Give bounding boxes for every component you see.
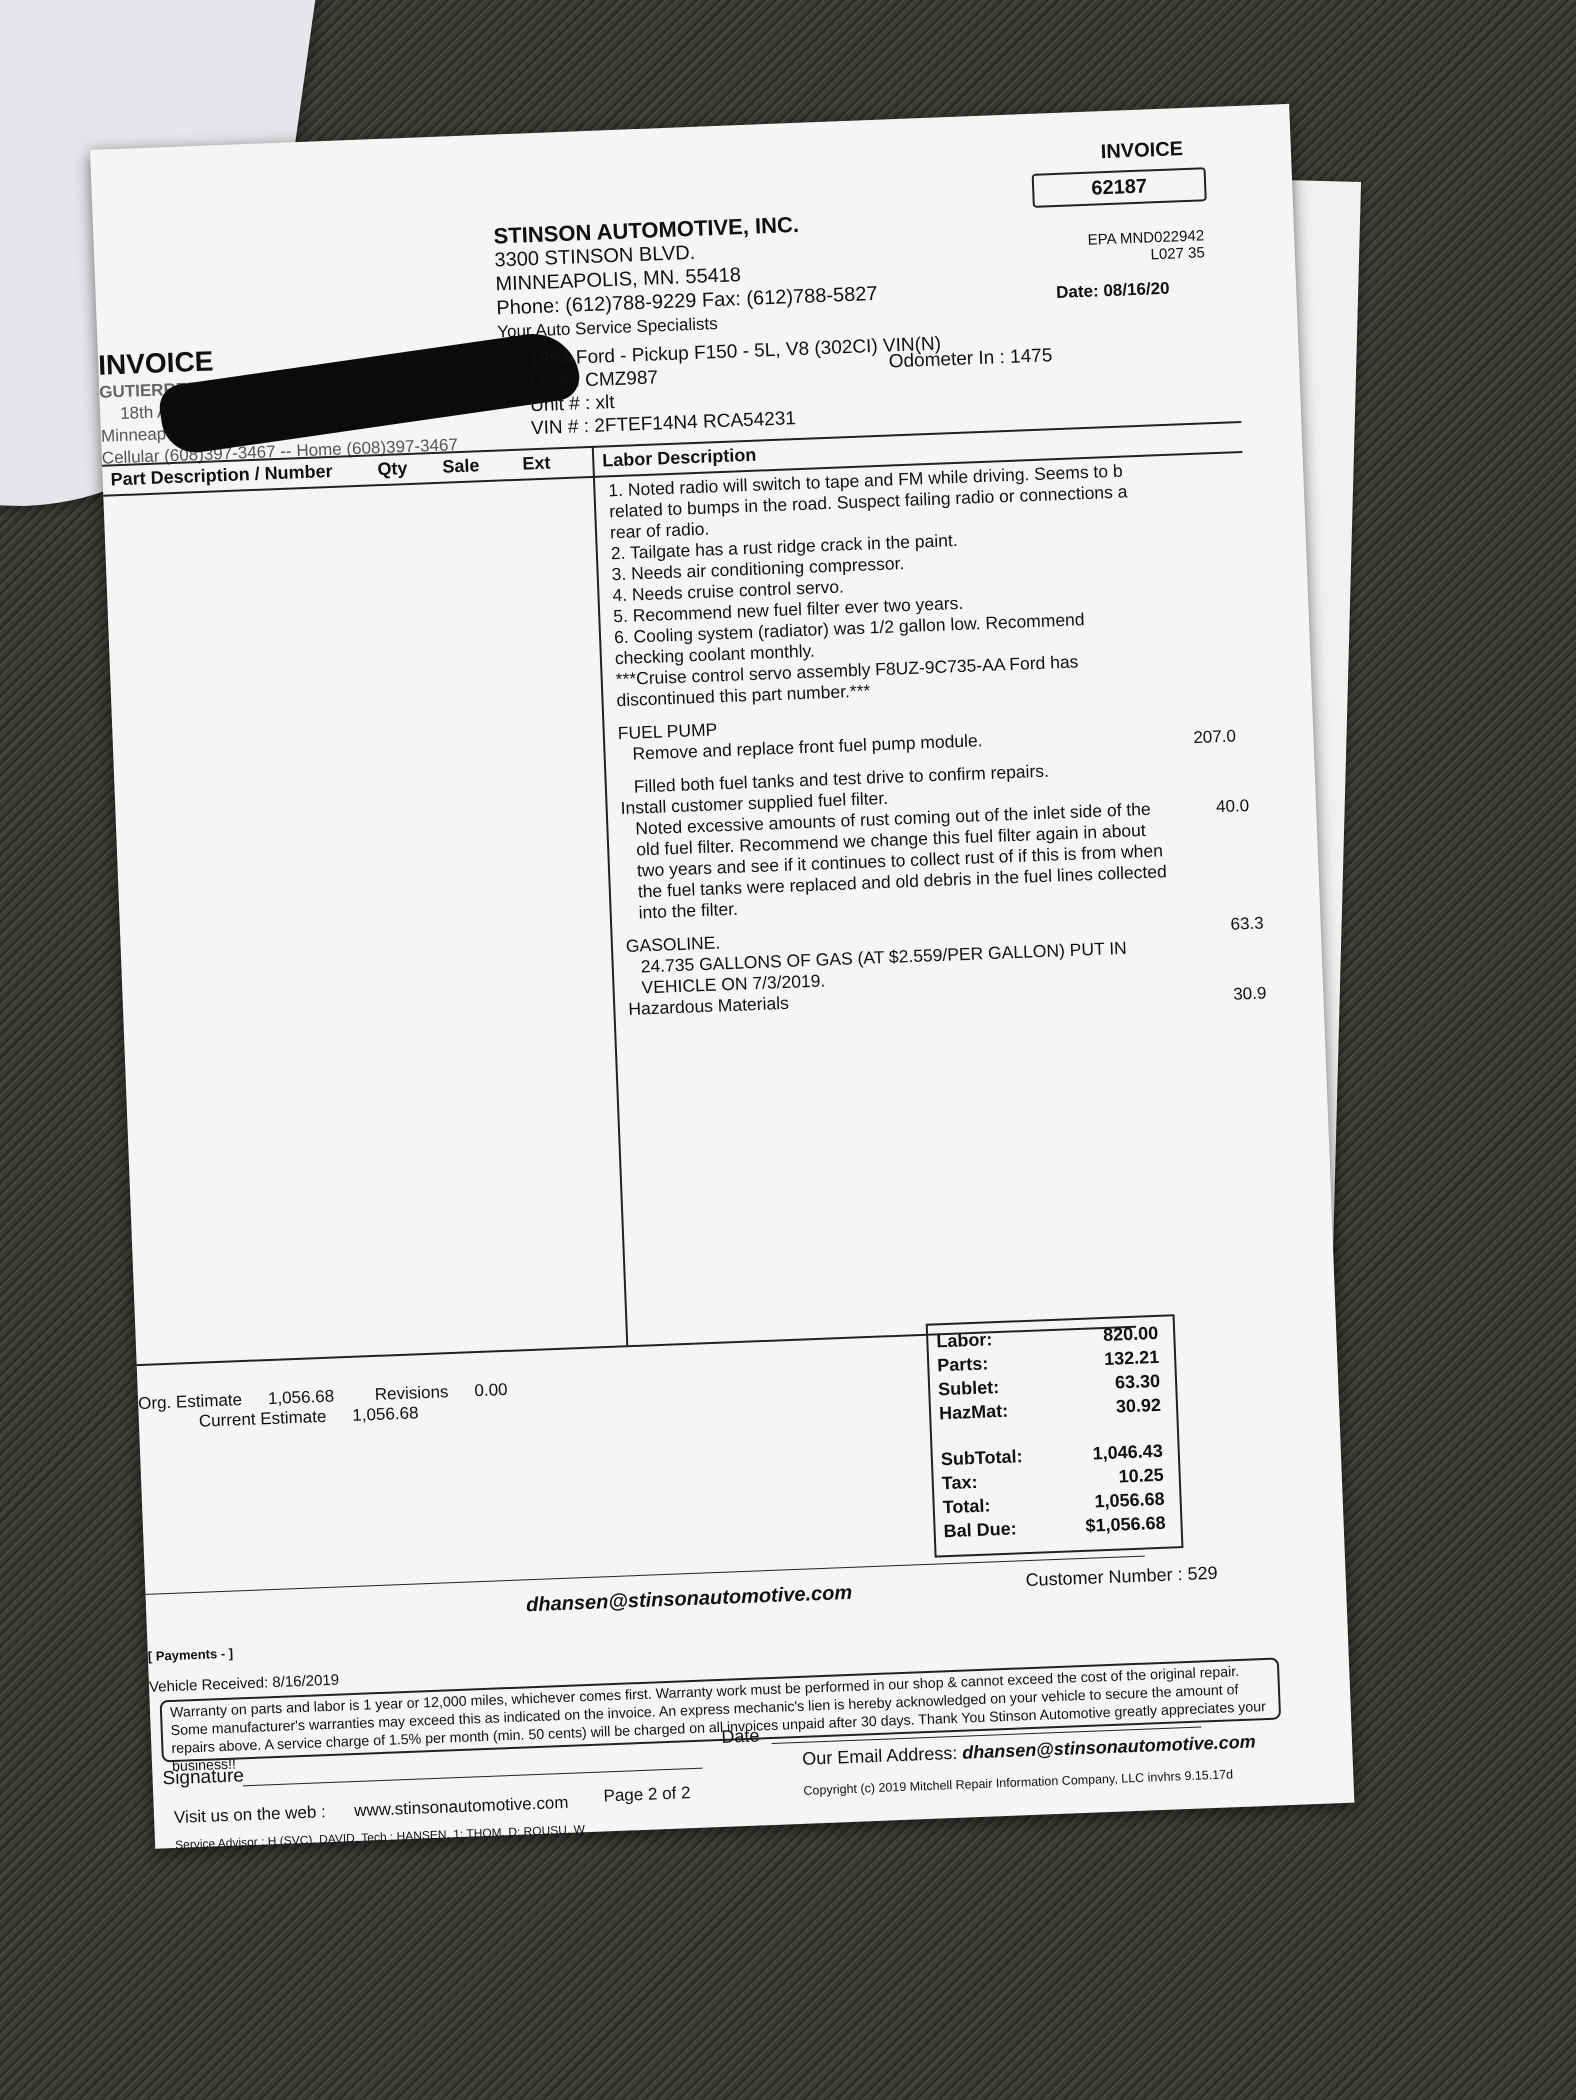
vehicle-info: 1994 Ford - Pickup F150 - 5L, V8 (302CI)… [528, 332, 944, 440]
estimates-row: Org. Estimate1,056.68 Revisions0.00 Curr… [138, 1375, 639, 1434]
website-line: Visit us on the web : www.stinsonautomot… [174, 1793, 569, 1828]
current-estimate-value: 1,056.68 [352, 1403, 419, 1425]
page-number: Page 2 of 2 [603, 1783, 691, 1806]
epa-info: EPA MND022942 L027 35 [1054, 227, 1205, 267]
signature-line [243, 1768, 703, 1787]
gas-amount: 30.9 [1233, 983, 1267, 1004]
invoice-number: 62187 [1032, 167, 1207, 208]
org-estimate-label: Org. Estimate [138, 1390, 243, 1413]
header-part-description: Part Description / Number [110, 461, 333, 491]
invoice-date: Date: 08/16/20 [1056, 279, 1170, 303]
copyright: Copyright (c) 2019 Mitchell Repair Infor… [803, 1767, 1233, 1797]
vehicle-received: Vehicle Received: 8/16/2019 [149, 1672, 340, 1696]
header-sale: Sale [442, 455, 480, 477]
org-estimate-value: 1,056.68 [268, 1387, 335, 1409]
shop-email: dhansen@stinsonautomotive.com [526, 1582, 853, 1618]
current-estimate-label: Current Estimate [199, 1407, 327, 1431]
invoice-page: STINSON AUTOMOTIVE, INC. 3300 STINSON BL… [90, 104, 1354, 1849]
totals-box: Labor:820.00 Parts:132.21 Sublet:63.30 H… [926, 1314, 1184, 1557]
filter-amount: 63.3 [1230, 914, 1264, 935]
signature-label: Signature [162, 1765, 244, 1790]
service-advisor: Service Advisor : H (SVC), DAVID, Tech :… [175, 1822, 585, 1852]
website-link: www.stinsonautomotive.com [354, 1793, 569, 1820]
date-label: Date [721, 1725, 760, 1747]
customer-invoice-title: INVOICE [98, 345, 214, 381]
company-header: STINSON AUTOMOTIVE, INC. 3300 STINSON BL… [493, 210, 879, 345]
header-qty: Qty [377, 458, 408, 480]
labor-description-list: 1. Noted radio will switch to tape and F… [608, 457, 1248, 1020]
payments-label: [ Payments - ] [148, 1646, 234, 1664]
revisions-label: Revisions [374, 1382, 448, 1404]
customer-number: Customer Number : 529 [1025, 1563, 1218, 1591]
revisions-value: 0.00 [474, 1380, 508, 1400]
invoice-label: INVOICE [1100, 138, 1183, 164]
our-email: Our Email Address: dhansen@stinsonautomo… [802, 1731, 1256, 1769]
fuel-pump-amount: 207.0 [1193, 726, 1236, 748]
header-labor-description: Labor Description [602, 445, 757, 472]
header-ext: Ext [522, 453, 551, 475]
test-drive-amount: 40.0 [1216, 796, 1250, 817]
